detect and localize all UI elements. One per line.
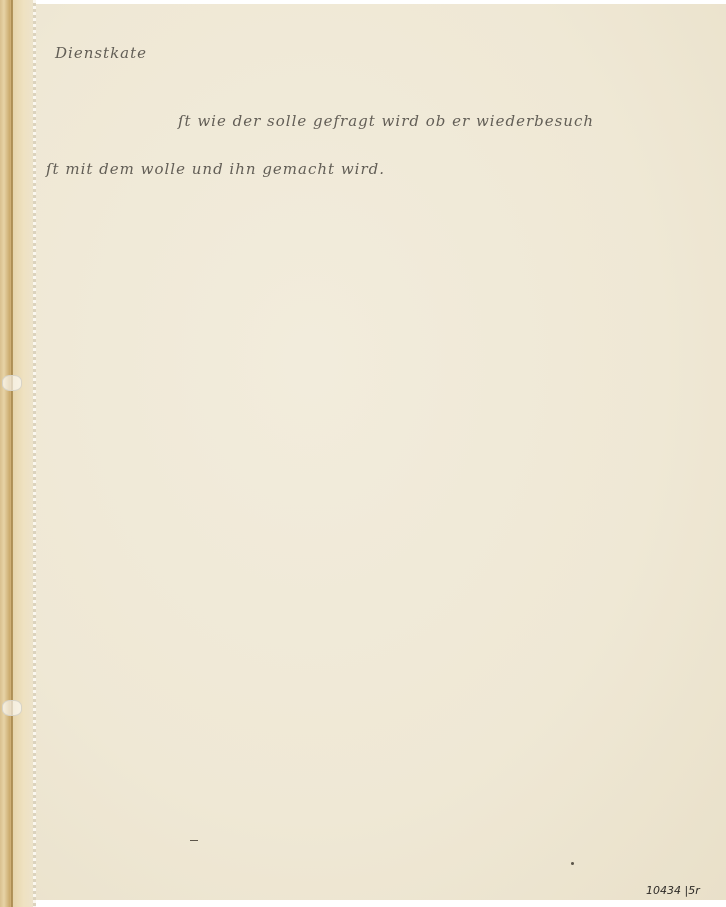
folio-number: 10434 |5r (646, 884, 700, 897)
manuscript-page (33, 4, 726, 900)
manuscript-line-2: ſt mit dem wolle und ihn gemacht wird. (46, 160, 385, 178)
binding-spine (0, 0, 34, 907)
binding-stitch (2, 700, 22, 716)
binding-stitch (2, 375, 22, 391)
manuscript-line-1: ſt wie der solle gefragt wird ob er wied… (178, 112, 594, 130)
line-text: ſt wie der solle gefragt wird ob er wied… (178, 112, 594, 130)
page-heading: Dienstkate (55, 44, 147, 62)
ink-mark (190, 840, 198, 841)
ink-speck (571, 862, 574, 865)
page-perforation (33, 0, 36, 907)
spine-edge (11, 0, 13, 907)
